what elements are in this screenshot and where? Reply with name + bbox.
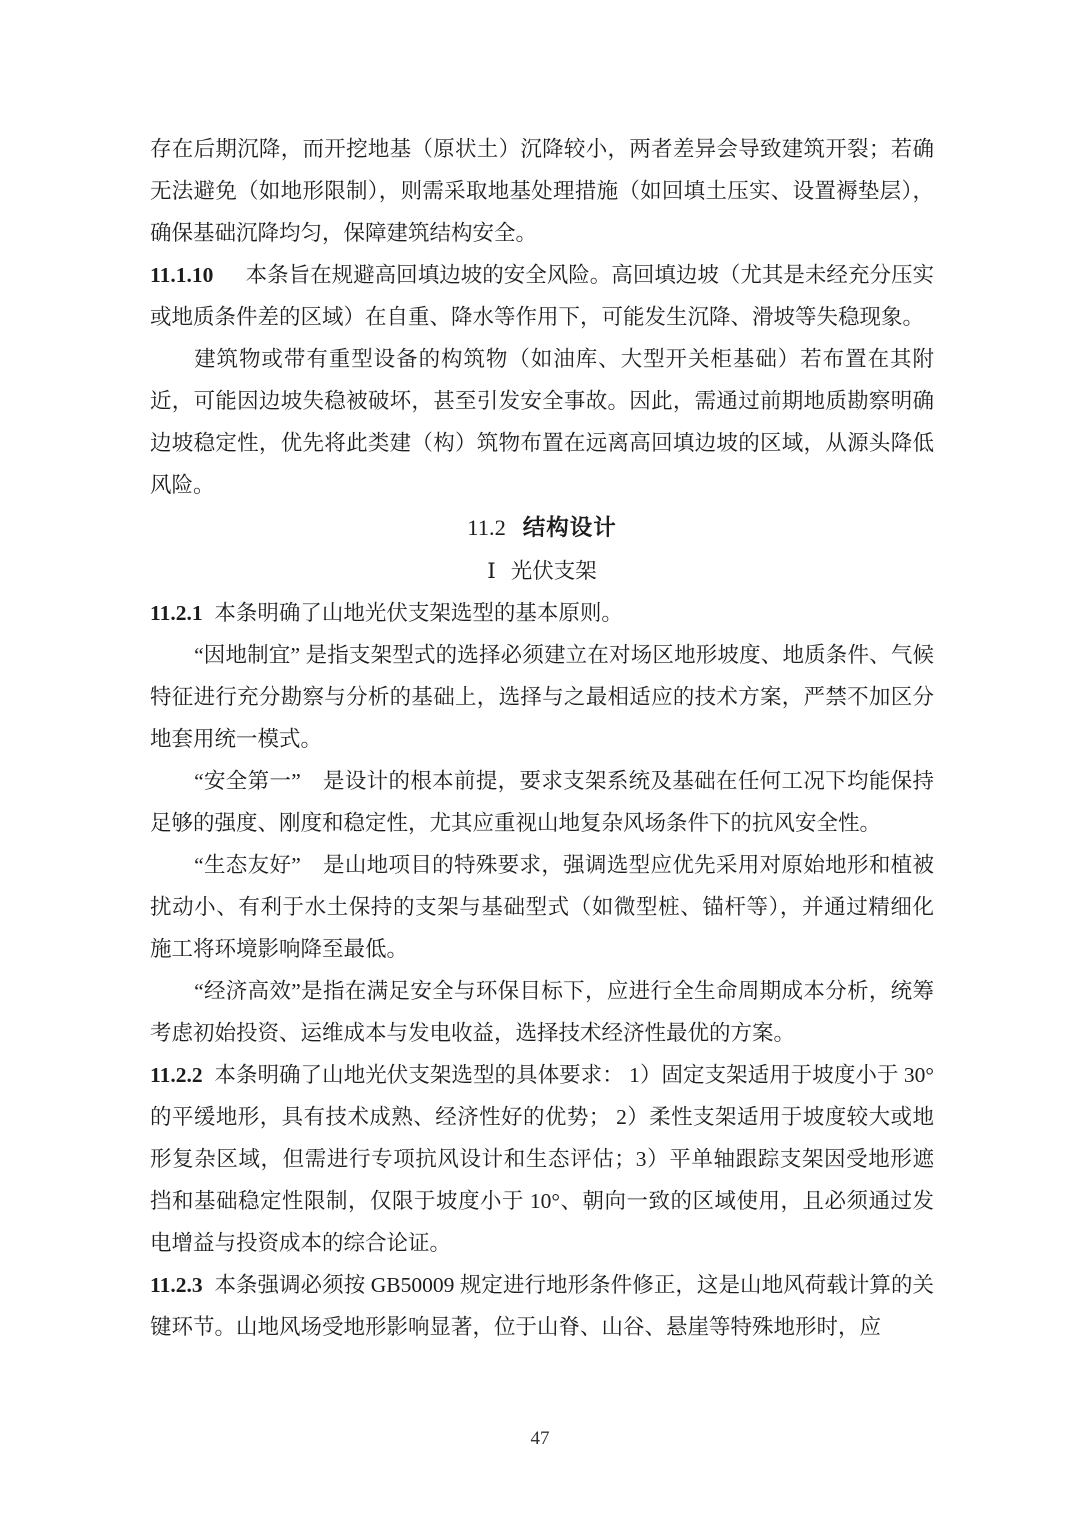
document-body: 存在后期沉降，而开挖地基（原状土）沉降较小，两者差异会导致建筑开裂；若确无法避免…: [150, 128, 934, 1348]
clause-text: 本条强调必须按 GB50009 规定进行地形条件修正，这是山地风荷载计算的关键环…: [150, 1273, 934, 1339]
section-heading-11-2: 11.2结构设计: [150, 506, 934, 550]
clause-number: 11.1.10: [150, 263, 213, 287]
section-title: 结构设计: [523, 515, 617, 540]
clause-text: 本条明确了山地光伏支架选型的具体要求： 1）固定支架适用于坡度小于 30°的平缓…: [150, 1063, 934, 1255]
subsection-title: 光伏支架: [511, 559, 597, 583]
section-number: 11.2: [467, 515, 506, 540]
clause-11-1-10: 11.1.10本条旨在规避高回填边坡的安全风险。高回填边坡（尤其是未经充分压实或…: [150, 254, 934, 338]
paragraph: “因地制宜” 是指支架型式的选择必须建立在对场区地形坡度、地质条件、气候特征进行…: [150, 634, 934, 760]
clause-text: 本条明确了山地光伏支架选型的基本原则。: [214, 601, 623, 625]
paragraph: “生态友好” 是山地项目的特殊要求，强调选型应优先采用对原始地形和植被扰动小、有…: [150, 844, 934, 970]
paragraph: “安全第一” 是设计的根本前提，要求支架系统及基础在任何工况下均能保持足够的强度…: [150, 760, 934, 844]
subsection-heading-I: Ⅰ光伏支架: [150, 550, 934, 592]
document-page: 存在后期沉降，而开挖地基（原状土）沉降较小，两者差异会导致建筑开裂；若确无法避免…: [0, 0, 1080, 1528]
clause-text: 本条旨在规避高回填边坡的安全风险。高回填边坡（尤其是未经充分压实或地质条件差的区…: [150, 263, 934, 329]
clause-11-2-3: 11.2.3本条强调必须按 GB50009 规定进行地形条件修正，这是山地风荷载…: [150, 1264, 934, 1348]
clause-number: 11.2.2: [150, 1063, 203, 1087]
page-number: 47: [0, 1428, 1080, 1450]
subsection-number: Ⅰ: [487, 559, 496, 583]
paragraph: “经济高效”是指在满足安全与环保目标下，应进行全生命周期成本分析，统筹考虑初始投…: [150, 970, 934, 1054]
clause-11-2-2: 11.2.2本条明确了山地光伏支架选型的具体要求： 1）固定支架适用于坡度小于 …: [150, 1054, 934, 1264]
paragraph: 建筑物或带有重型设备的构筑物（如油库、大型开关柜基础）若布置在其附近，可能因边坡…: [150, 338, 934, 506]
clause-number: 11.2.1: [150, 601, 203, 625]
paragraph-continuation: 存在后期沉降，而开挖地基（原状土）沉降较小，两者差异会导致建筑开裂；若确无法避免…: [150, 128, 934, 254]
clause-number: 11.2.3: [150, 1273, 203, 1297]
clause-11-2-1: 11.2.1本条明确了山地光伏支架选型的基本原则。: [150, 592, 934, 634]
